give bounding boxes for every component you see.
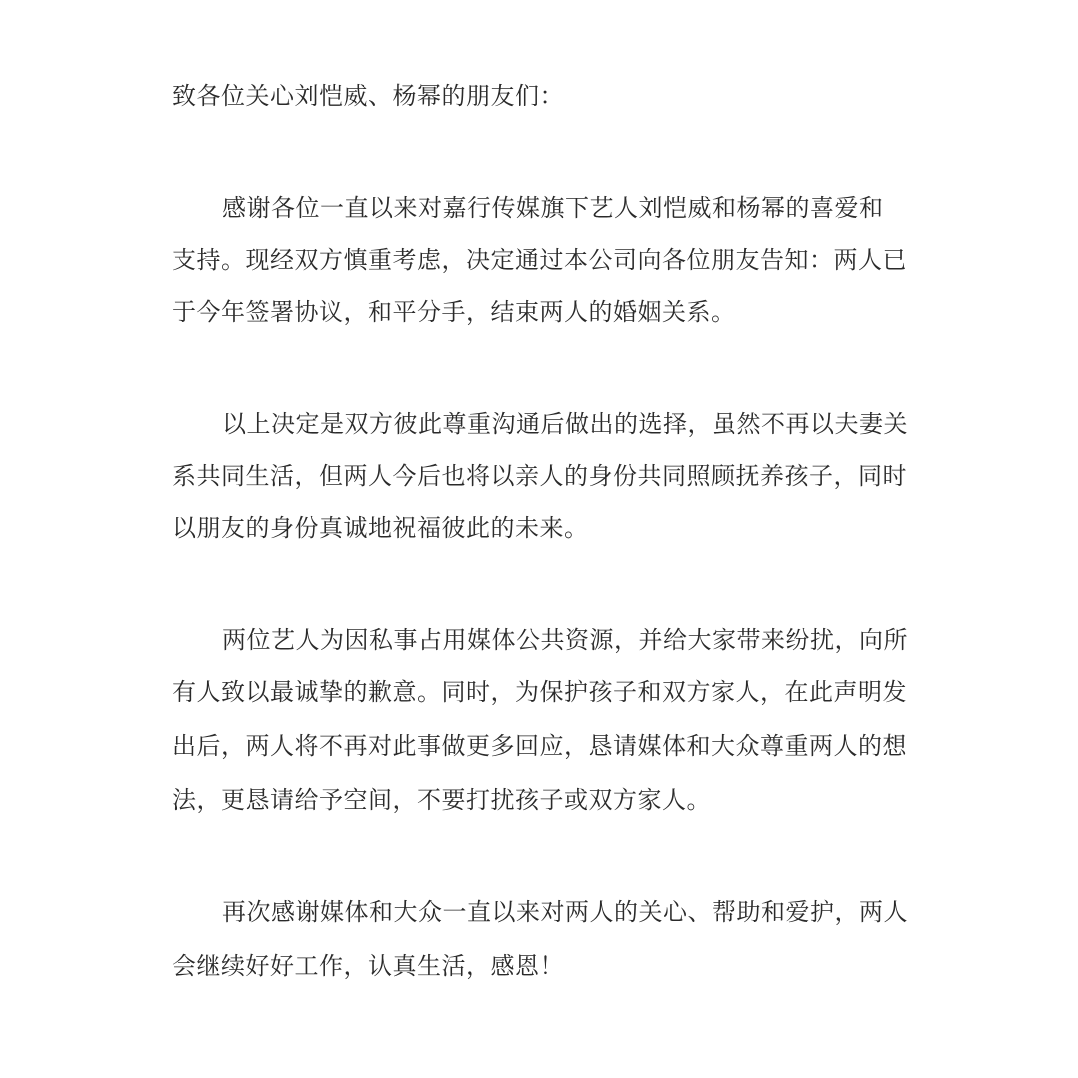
paragraph-line: 于今年签署协议，和平分手，结束两人的婚姻关系。: [172, 297, 736, 327]
paragraph-line: 支持。现经双方慎重考虑，决定通过本公司向各位朋友告知：两人已: [172, 245, 907, 275]
paragraph-line: 有人致以最诚挚的歉意。同时，为保护孩子和双方家人，在此声明发: [172, 677, 907, 707]
paragraph-line: 两位艺人为因私事占用媒体公共资源，并给大家带来纷扰，向所: [222, 625, 908, 655]
paragraph-line: 法，更恳请给予空间，不要打扰孩子或双方家人。: [172, 785, 711, 815]
paragraph-line: 系共同生活，但两人今后也将以亲人的身份共同照顾抚养孩子，同时: [172, 461, 907, 491]
paragraph-line: 感谢各位一直以来对嘉行传媒旗下艺人刘恺威和杨幂的喜爱和: [222, 193, 884, 223]
paragraph-line: 以朋友的身份真诚地祝福彼此的未来。: [172, 513, 589, 543]
paragraph-line: 再次感谢媒体和大众一直以来对两人的关心、帮助和爱护，两人: [222, 897, 908, 927]
paragraph-line: 会继续好好工作，认真生活，感恩！: [172, 951, 564, 981]
salutation: 致各位关心刘恺威、杨幂的朋友们：: [172, 81, 564, 111]
paragraph-line: 出后，两人将不再对此事做更多回应，恳请媒体和大众尊重两人的想: [172, 731, 907, 761]
paragraph-line: 以上决定是双方彼此尊重沟通后做出的选择，虽然不再以夫妻关: [222, 409, 908, 439]
